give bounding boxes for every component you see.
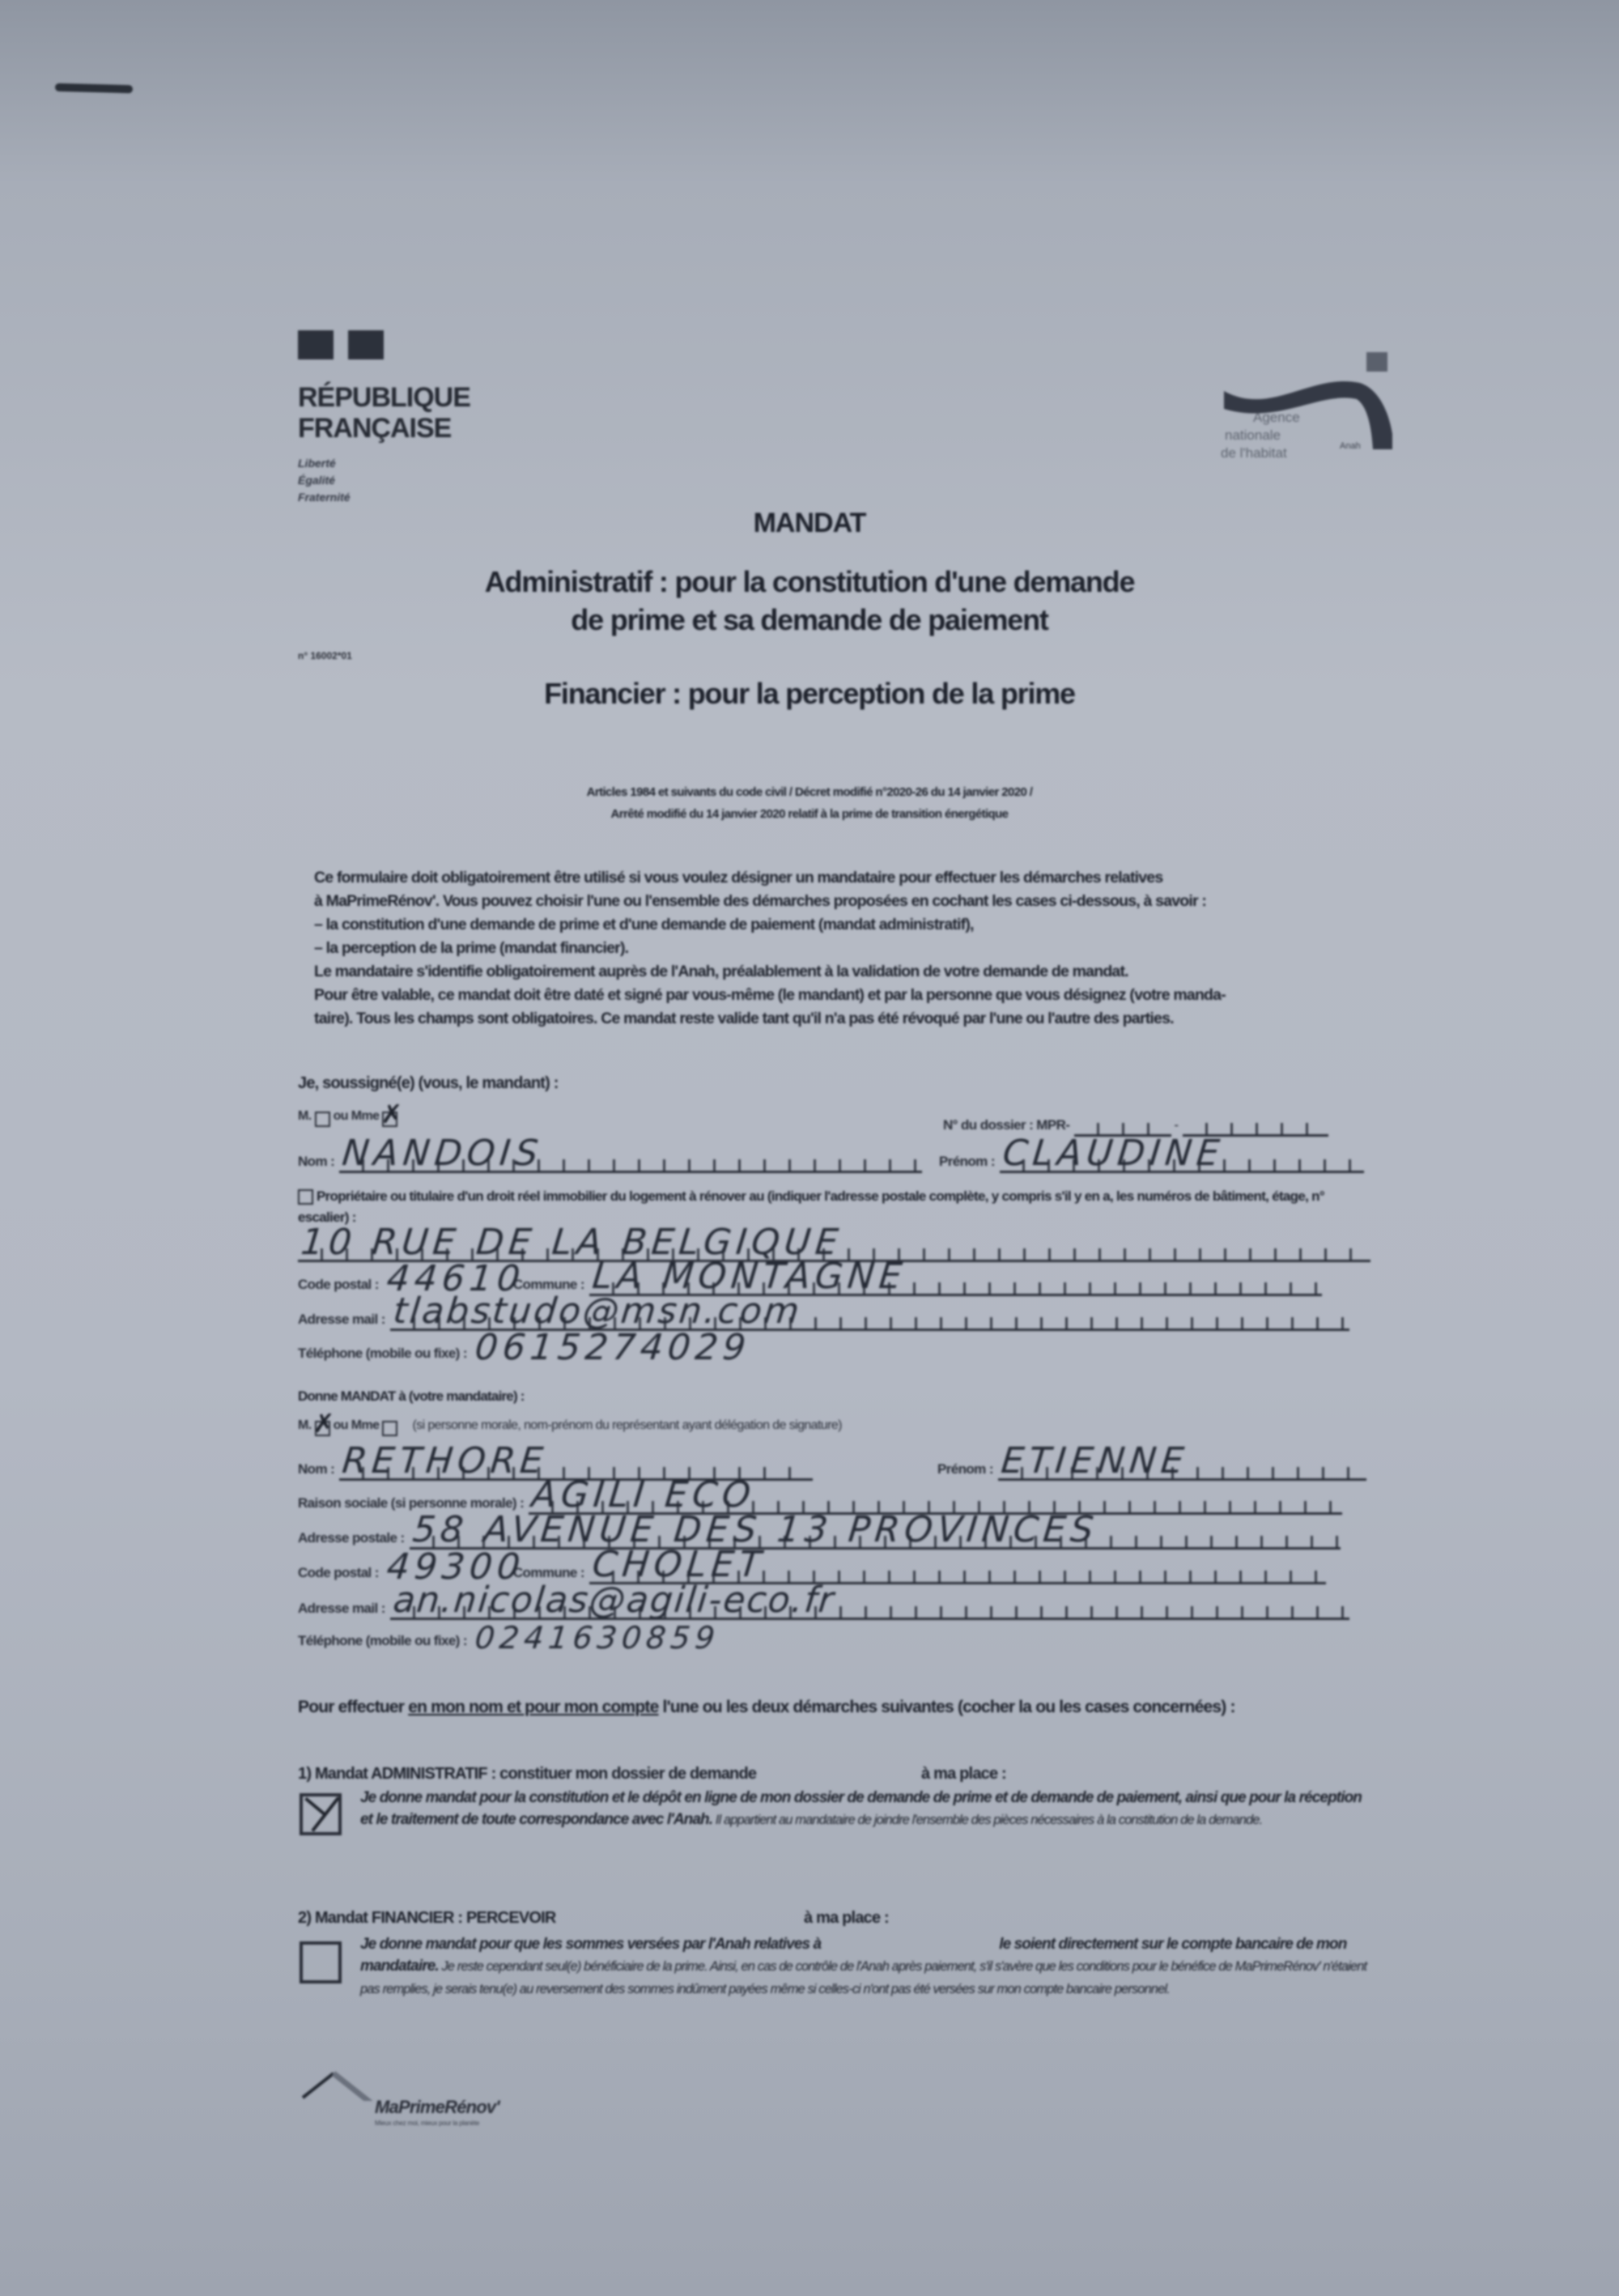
anah-logo: Agence nationale de l'habitat Anah bbox=[1214, 328, 1392, 490]
intro-line: Pour être valable, ce mandat doit être d… bbox=[314, 984, 1375, 1007]
intro-line: à MaPrimeRénov'. Vous pouvez choisir l'u… bbox=[314, 890, 1375, 913]
mandant-tel-input[interactable]: 0615274029 bbox=[472, 1336, 780, 1365]
demarches-intro: Pour effectuer en mon nom et pour mon co… bbox=[298, 1694, 1375, 1720]
form-reference-number: n° 16002*01 bbox=[298, 650, 352, 661]
mandataire-prenom-field: Prénom : ETIENNE bbox=[937, 1449, 1366, 1481]
mandant-civility: M. ou Mme bbox=[298, 1109, 401, 1127]
mandataire-nom-value: RETHORE bbox=[340, 1440, 550, 1482]
cp-label: Code postal : bbox=[298, 1565, 379, 1584]
mandat-financier-checkbox[interactable] bbox=[300, 1941, 342, 1983]
civility-mme-label: ou Mme bbox=[334, 1418, 380, 1436]
rf-title-line2: FRANÇAISE bbox=[298, 413, 470, 444]
mandataire-prenom-input[interactable]: ETIENNE bbox=[998, 1449, 1366, 1481]
mandant-civility-mme-checkbox[interactable] bbox=[382, 1112, 397, 1127]
mandataire-civility-m-checkbox[interactable] bbox=[315, 1421, 330, 1436]
mandat-financier-heading-right: à ma place : bbox=[804, 1909, 889, 1928]
mandataire-email-input[interactable]: an.nicolas@agili-eco.fr bbox=[390, 1588, 1349, 1620]
stray-pen-mark bbox=[55, 83, 133, 94]
mandant-email-value: tlabstudo@msn.com bbox=[391, 1290, 803, 1332]
tel-label: Téléphone (mobile ou fixe) : bbox=[298, 1633, 467, 1652]
scanned-document: RÉPUBLIQUE FRANÇAISE Liberté Égalité Fra… bbox=[0, 0, 1619, 2296]
demarches-intro-before: Pour effectuer bbox=[298, 1698, 408, 1716]
mandat-admin-heading-right: à ma place : bbox=[921, 1765, 1006, 1784]
civility-m-label: M. bbox=[298, 1418, 312, 1436]
maprimerenov-brand: MaPrimeRénov' bbox=[375, 2097, 499, 2118]
document-title: MANDAT bbox=[0, 508, 1619, 539]
anah-line1: Agence bbox=[1221, 409, 1300, 427]
rf-title-line1: RÉPUBLIQUE bbox=[298, 382, 470, 413]
prenom-label: Prénom : bbox=[939, 1154, 995, 1173]
mandant-nom-field: Nom : NANDOIS bbox=[298, 1142, 922, 1173]
nom-label: Nom : bbox=[298, 1461, 334, 1481]
civility-mme-label: ou Mme bbox=[334, 1109, 380, 1127]
subtitle-admin-line2: de prime et sa demande de paiement bbox=[0, 601, 1619, 639]
mandataire-tel-field: Téléphone (mobile ou fixe) : 0241630859 bbox=[298, 1623, 780, 1652]
mandataire-adresse-input[interactable]: 58 AVENUE DES 13 PROVINCES bbox=[410, 1518, 1341, 1550]
intro-line: taire). Tous les champs sont obligatoire… bbox=[314, 1007, 1375, 1031]
intro-line: – la constitution d'une demande de prime… bbox=[314, 913, 1375, 937]
subtitle-admin-line1: Administratif : pour la constitution d'u… bbox=[0, 563, 1619, 601]
mandat-admin-heading: 1) Mandat ADMINISTRATIF : constituer mon… bbox=[298, 1765, 1213, 1784]
marianne-flag-icon bbox=[298, 330, 470, 359]
mandant-email-field: Adresse mail : tlabstudo@msn.com bbox=[298, 1299, 1349, 1331]
maprimerenov-tagline: Mieux chez moi, mieux pour la planète bbox=[375, 2120, 479, 2127]
rf-motto: Liberté Égalité Fraternité bbox=[298, 455, 470, 506]
cp-label: Code postal : bbox=[298, 1277, 379, 1296]
email-label: Adresse mail : bbox=[298, 1601, 385, 1620]
mandant-prenom-value: CLAUDINE bbox=[1001, 1133, 1226, 1174]
mandant-civility-m-checkbox[interactable] bbox=[315, 1112, 330, 1127]
mandant-prenom-input[interactable]: CLAUDINE bbox=[1000, 1142, 1364, 1173]
mandataire-adresse-field: Adresse postale : 58 AVENUE DES 13 PROVI… bbox=[298, 1518, 1341, 1550]
mandataire-tel-input[interactable]: 0241630859 bbox=[472, 1623, 780, 1652]
civility-note: (si personne morale, nom-prénom du repré… bbox=[412, 1418, 841, 1436]
house-roof-icon bbox=[300, 2069, 389, 2101]
mandataire-email-field: Adresse mail : an.nicolas@agili-eco.fr bbox=[298, 1588, 1349, 1620]
mandant-prenom-field: Prénom : CLAUDINE bbox=[939, 1142, 1364, 1173]
subtitle-financier: Financier : pour la perception de la pri… bbox=[0, 677, 1619, 711]
mandataire-email-value: an.nicolas@agili-eco.fr bbox=[391, 1580, 837, 1621]
mandat-financier-text-bold1: Je donne mandat pour que les sommes vers… bbox=[360, 1936, 821, 1953]
anah-tag: Anah bbox=[1340, 441, 1361, 451]
mandataire-prenom-value: ETIENNE bbox=[999, 1440, 1190, 1482]
tel-label: Téléphone (mobile ou fixe) : bbox=[298, 1346, 467, 1365]
legal-references: Articles 1984 et suivants du code civil … bbox=[0, 781, 1619, 825]
mandat-financier-heading: 2) Mandat FINANCIER : PERCEVOIR à ma pla… bbox=[298, 1909, 1213, 1928]
motto-egalite: Égalité bbox=[298, 472, 470, 489]
mandat-admin-text-small: Il appartient au mandataire de joindre l… bbox=[712, 1813, 1262, 1827]
intro-line: Le mandataire s'identifie obligatoiremen… bbox=[314, 960, 1375, 984]
owner-note-text: Propriétaire ou titulaire d'un droit rée… bbox=[298, 1188, 1324, 1225]
mandant-tel-value: 0615274029 bbox=[473, 1327, 752, 1368]
anah-line3: de l'habitat bbox=[1221, 444, 1300, 462]
republique-francaise-logo: RÉPUBLIQUE FRANÇAISE Liberté Égalité Fra… bbox=[298, 330, 470, 506]
mandant-nom-value: NANDOIS bbox=[340, 1133, 545, 1174]
nom-label: Nom : bbox=[298, 1154, 334, 1173]
intro-line: Ce formulaire doit obligatoirement être … bbox=[314, 866, 1375, 890]
owner-checkbox[interactable] bbox=[298, 1189, 313, 1205]
mandataire-civility: M. ou Mme (si personne morale, nom-préno… bbox=[298, 1418, 842, 1436]
mandant-section-label: Je, soussigné(e) (vous, le mandant) : bbox=[298, 1074, 559, 1093]
motto-fraternite: Fraternité bbox=[298, 489, 470, 506]
anah-line2: nationale bbox=[1221, 427, 1300, 444]
mandat-financier-heading-text: 2) Mandat FINANCIER : PERCEVOIR bbox=[298, 1909, 804, 1928]
mandat-admin-heading-text: 1) Mandat ADMINISTRATIF : constituer mon… bbox=[298, 1765, 921, 1784]
mandat-financier-text-small: Je reste cependant seul(e) bénéficiaire … bbox=[360, 1959, 1366, 1996]
demarches-intro-underlined: en mon nom et pour mon compte bbox=[408, 1698, 658, 1716]
legal-line2: Arrêté modifié du 14 janvier 2020 relati… bbox=[0, 803, 1619, 825]
mandant-tel-field: Téléphone (mobile ou fixe) : 0615274029 bbox=[298, 1336, 780, 1365]
motto-liberte: Liberté bbox=[298, 455, 470, 472]
mandat-financier-text: Je donne mandat pour que les sommes vers… bbox=[360, 1933, 1372, 2000]
mandat-admin-text: Je donne mandat pour la constitution et … bbox=[360, 1787, 1372, 1831]
intro-paragraph: Ce formulaire doit obligatoirement être … bbox=[314, 866, 1375, 1031]
mandataire-civility-mme-checkbox[interactable] bbox=[382, 1421, 397, 1436]
mandataire-section-label: Donne MANDAT à (votre mandataire) : bbox=[298, 1388, 525, 1405]
legal-line1: Articles 1984 et suivants du code civil … bbox=[0, 781, 1619, 803]
mandant-nom-input[interactable]: NANDOIS bbox=[339, 1142, 922, 1173]
mandataire-tel-value: 0241630859 bbox=[474, 1620, 721, 1656]
demarches-intro-after: l'une ou les deux démarches suivantes (c… bbox=[659, 1698, 1235, 1716]
subtitle-administratif: Administratif : pour la constitution d'u… bbox=[0, 563, 1619, 639]
prenom-label: Prénom : bbox=[937, 1461, 993, 1481]
email-label: Adresse mail : bbox=[298, 1312, 385, 1331]
anah-text: Agence nationale de l'habitat bbox=[1221, 409, 1300, 462]
intro-line: – la perception de la prime (mandat fina… bbox=[314, 937, 1375, 960]
mandat-admin-checkbox[interactable] bbox=[300, 1793, 342, 1835]
civility-m-label: M. bbox=[298, 1109, 312, 1127]
